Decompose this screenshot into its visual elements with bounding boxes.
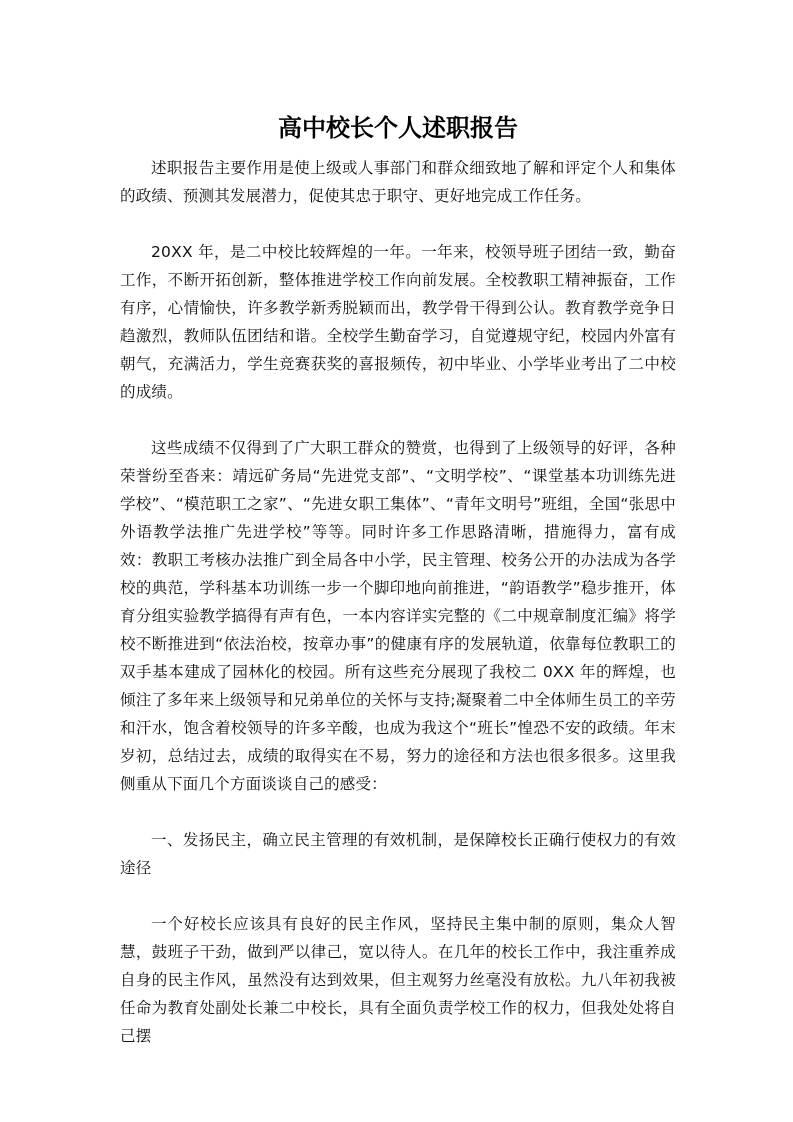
paragraph-year-summary: 20XX 年，是二中校比较辉煌的一年。一年来，校领导班子团结一致，勤奋工作，不断… (120, 238, 676, 406)
paragraph-intro: 述职报告主要作用是使上级或人事部门和群众细致地了解和评定个人和集体的政绩、预测其… (120, 154, 676, 210)
document-page: 高中校长个人述职报告 述职报告主要作用是使上级或人事部门和群众细致地了解和评定个… (120, 108, 676, 1078)
document-title: 高中校长个人述职报告 (120, 108, 676, 148)
paragraph-democracy: 一个好校长应该具有良好的民主作风，坚持民主集中制的原则，集众人智慧，鼓班子干劲，… (120, 910, 676, 1050)
paragraph-achievements: 这些成绩不仅得到了广大职工群众的赞赏，也得到了上级领导的好评，各种荣誉纷至沓来：… (120, 434, 676, 798)
section-heading-1: 一、发扬民主，确立民主管理的有效机制，是保障校长正确行使权力的有效途径 (120, 826, 676, 882)
